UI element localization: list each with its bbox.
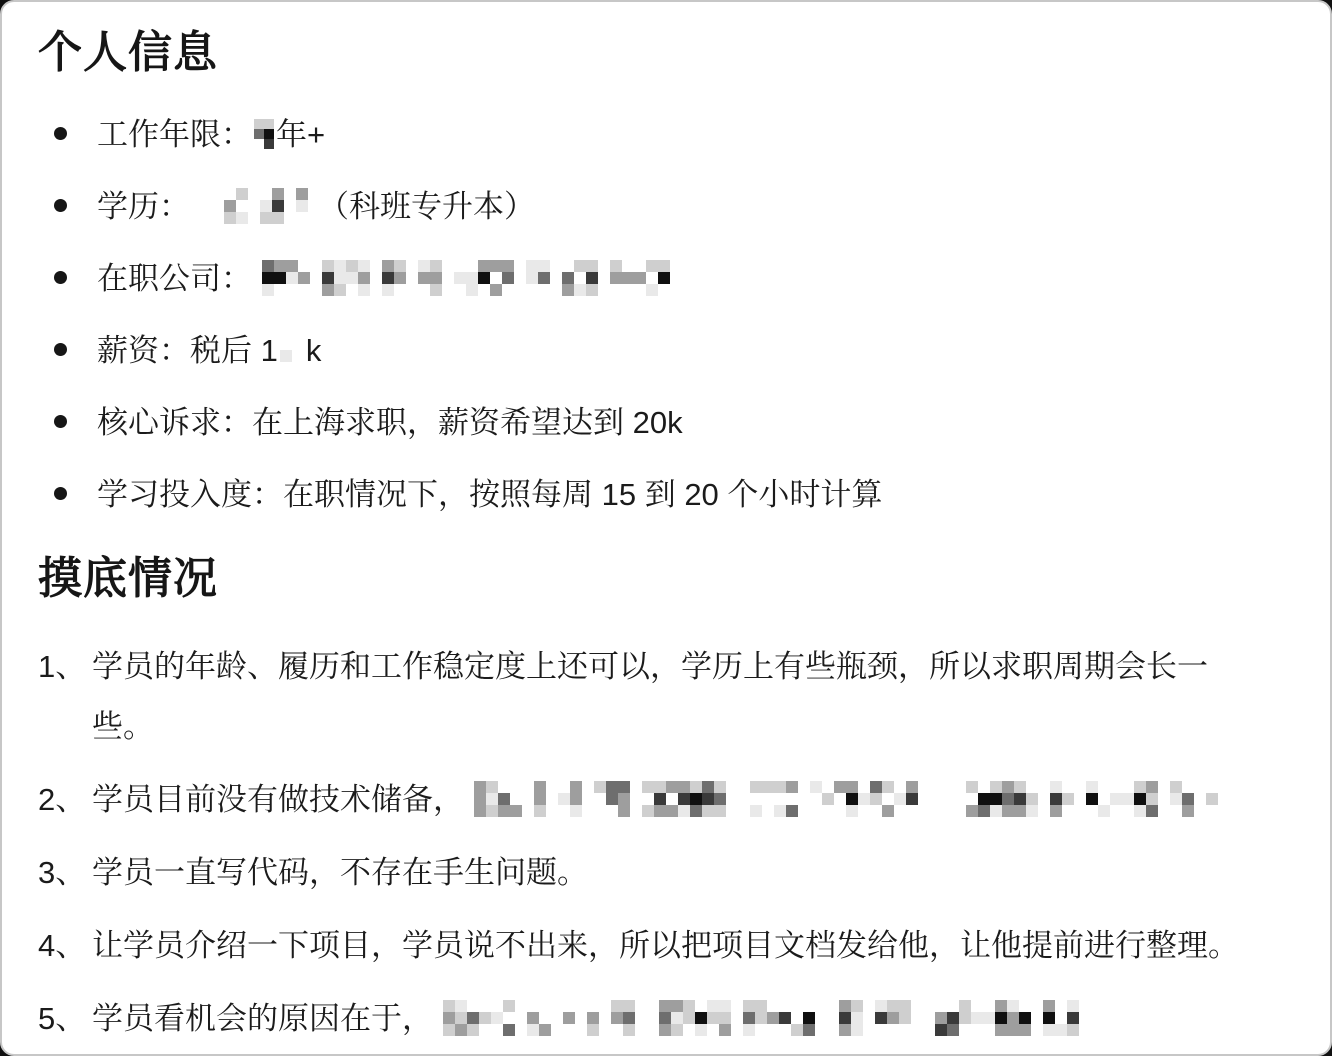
text-run: （科班专升本）	[318, 189, 535, 224]
list-item-text: 核心诉求：在上海求职，薪资希望达到 20k	[97, 387, 1294, 459]
list-item: 学习投入度：在职情况下，按照每周 15 到 20 个小时计算	[38, 459, 1294, 531]
list-item-text: 学员目前没有做技术储备，	[92, 770, 1294, 830]
text-run: 学员的年龄、履历和工作稳定度上还可以，学历上有些瓶颈，所以求职周期会长一	[92, 649, 1208, 684]
list-item: 5、学员看机会的原因在于，	[38, 989, 1294, 1049]
bullet-dot-icon	[54, 199, 67, 212]
text-run: 学员看机会的原因在于，	[92, 1001, 433, 1036]
text-run: 让学员介绍一下项目，学员说不出来，所以把项目文档发给他，让他提前进行整理。	[92, 928, 1239, 963]
list-item-text: 让学员介绍一下项目，学员说不出来，所以把项目文档发给他，让他提前进行整理。	[92, 916, 1294, 976]
list-item-text: 学习投入度：在职情况下，按照每周 15 到 20 个小时计算	[97, 459, 1294, 531]
list-item: 学历：（科班专升本）	[38, 171, 1294, 243]
bullet-marker	[38, 459, 97, 531]
list-item-text: 在职公司：	[97, 243, 1294, 315]
bullet-dot-icon	[54, 487, 67, 500]
list-item: 2、学员目前没有做技术储备，	[38, 770, 1294, 830]
bullet-marker	[38, 171, 97, 243]
list-item-text: 薪资：税后 1k	[97, 315, 1294, 387]
text-run: k	[306, 333, 322, 368]
bullet-dot-icon	[54, 343, 67, 356]
list-item: 在职公司：	[38, 243, 1294, 315]
text-run: 些。	[92, 709, 154, 744]
redacted-text	[280, 338, 304, 362]
text-run: 学历：	[97, 189, 190, 224]
redacted-text	[200, 188, 308, 224]
redacted-text	[474, 781, 1218, 817]
list-item: 薪资：税后 1k	[38, 315, 1294, 387]
list-item: 1、学员的年龄、履历和工作稳定度上还可以，学历上有些瓶颈，所以求职周期会长一些。	[38, 637, 1294, 757]
assessment-list: 1、学员的年龄、履历和工作稳定度上还可以，学历上有些瓶颈，所以求职周期会长一些。…	[38, 637, 1294, 1049]
personal-info-list: 工作年限：年+学历：（科班专升本）在职公司：薪资：税后 1k核心诉求：在上海求职…	[38, 99, 1294, 531]
number-marker: 2、	[38, 770, 92, 830]
text-run: 薪资：税后 1	[97, 333, 278, 368]
list-item: 工作年限：年+	[38, 99, 1294, 171]
redacted-text	[262, 260, 670, 296]
list-item: 核心诉求：在上海求职，薪资希望达到 20k	[38, 387, 1294, 459]
text-run: 学员目前没有做技术储备，	[92, 782, 464, 817]
list-item-text: 工作年限：年+	[97, 99, 1294, 171]
redacted-text	[443, 1000, 1091, 1036]
redacted-text	[254, 119, 274, 149]
list-item-text: 学历：（科班专升本）	[97, 171, 1294, 243]
text-run: 核心诉求：在上海求职，薪资希望达到 20k	[97, 405, 683, 440]
bullet-dot-icon	[54, 415, 67, 428]
document-card: 个人信息 工作年限：年+学历：（科班专升本）在职公司：薪资：税后 1k核心诉求：…	[0, 0, 1332, 1056]
list-item-text: 学员的年龄、履历和工作稳定度上还可以，学历上有些瓶颈，所以求职周期会长一些。	[92, 637, 1294, 757]
text-run: 在职公司：	[97, 261, 252, 296]
number-marker: 4、	[38, 916, 92, 976]
bullet-dot-icon	[54, 127, 67, 140]
text-run: 工作年限：	[97, 117, 252, 152]
list-item: 3、学员一直写代码，不存在手生问题。	[38, 843, 1294, 903]
section-heading-assessment: 摸底情况	[38, 552, 1294, 606]
list-item: 4、让学员介绍一下项目，学员说不出来，所以把项目文档发给他，让他提前进行整理。	[38, 916, 1294, 976]
list-item-text: 学员一直写代码，不存在手生问题。	[92, 843, 1294, 903]
list-item-text: 学员看机会的原因在于，	[92, 989, 1294, 1049]
section-heading-personal-info: 个人信息	[38, 26, 1294, 80]
text-run: 年+	[276, 117, 325, 152]
text-run: 学员一直写代码，不存在手生问题。	[92, 855, 588, 890]
bullet-marker	[38, 243, 97, 315]
bullet-marker	[38, 99, 97, 171]
bullet-dot-icon	[54, 271, 67, 284]
bullet-marker	[38, 387, 97, 459]
number-marker: 3、	[38, 843, 92, 903]
text-run: 学习投入度：在职情况下，按照每周 15 到 20 个小时计算	[97, 477, 882, 512]
number-marker: 5、	[38, 989, 92, 1049]
bullet-marker	[38, 315, 97, 387]
number-marker: 1、	[38, 637, 92, 697]
